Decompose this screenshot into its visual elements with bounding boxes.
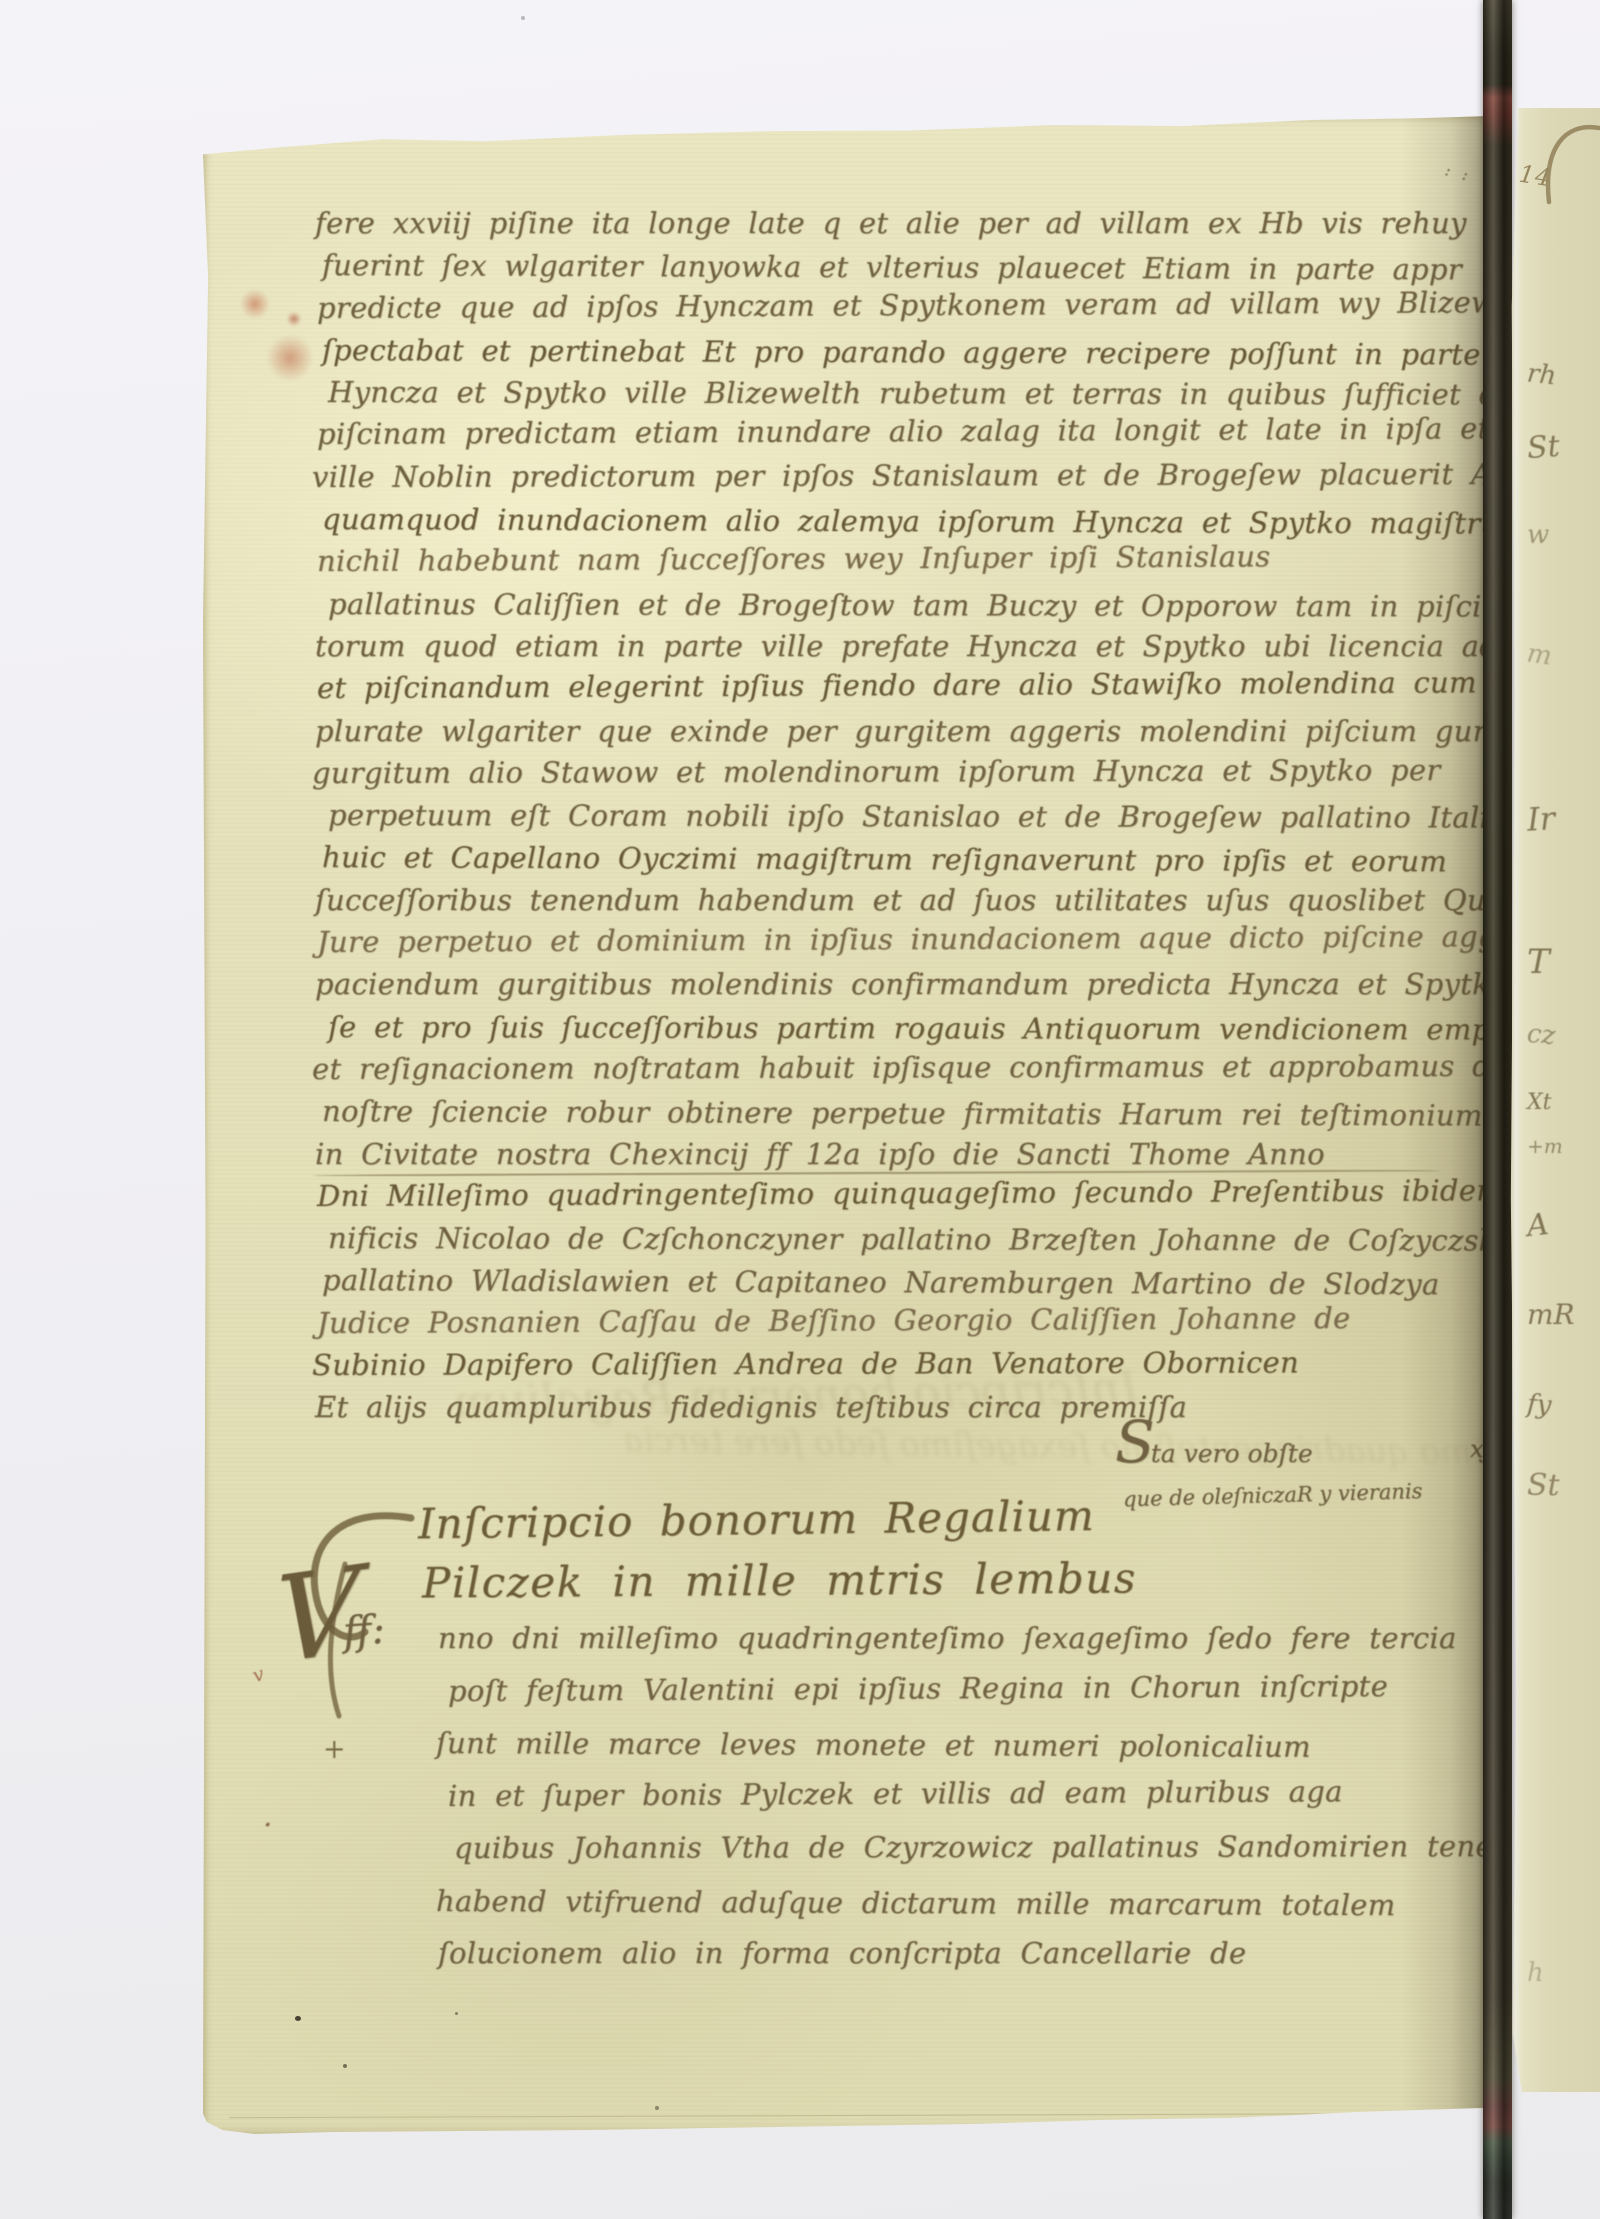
marginalia-fragment: A [1525, 1207, 1550, 1244]
heading-line: Pilczek in mille mtris lembus [422, 1549, 1137, 1612]
text-line: torum quod etiam in parte ville prefate … [315, 625, 1475, 667]
marginalia-fragment: T [1527, 942, 1550, 982]
text-line: Judice Posnanien Caſſau de Beſſino Georg… [317, 1296, 1477, 1344]
gutter-dot-marks: : : [1443, 161, 1473, 185]
text-line: Jure perpetuo et dominium in ipſius inun… [317, 915, 1477, 963]
entry-line: ſolucionem alio in forma conſcripta Canc… [438, 1927, 1498, 1980]
marginalia-fragment: fy [1526, 1389, 1552, 1421]
entry-initial-suffix: ff: [341, 1607, 386, 1656]
margin-mark: v [250, 1663, 267, 1687]
text-line: et reſignacionem noſtratam habuit ipſisq… [312, 1045, 1472, 1090]
side-note: Sta vero obſte xj que de oleſniczaR y vi… [1115, 1419, 1505, 1511]
text-line: perpetuum eſt Coram nobili ipſo Stanisla… [328, 794, 1488, 839]
marginalia-fragment: w [1527, 520, 1549, 550]
text-line: ſucceſſoribus tenendum habendum et ad ſu… [315, 879, 1475, 921]
text-line: nificis Nicolao de Czſchonczyner pallati… [328, 1217, 1488, 1262]
text-line: predicte que ad ipſos Hynczam et Spytkon… [317, 281, 1477, 329]
marginalia-fragment: St [1527, 1468, 1560, 1503]
manuscript-page: Inſcripcio bonorum Regalium nno dni mill… [203, 116, 1491, 2136]
entry-line: nno dni milleſimo quadringenteſimo ſexag… [438, 1612, 1498, 1665]
text-line: ſe et pro ſuis ſucceſſoribus partim roga… [328, 1006, 1488, 1051]
marginalia-fragment: rh [1526, 359, 1558, 392]
text-line: plurate wlgariter que exinde per gurgite… [315, 710, 1475, 752]
entry-line: quibus Johannis Vtha de Czyrzowicz palla… [454, 1820, 1514, 1874]
marginalia-fragment: cz [1526, 1019, 1557, 1051]
text-line: piſcinam predictam etiam inundare alio z… [317, 408, 1477, 456]
text-line: paciendum gurgitibus molendinis confirma… [315, 963, 1475, 1005]
side-note-line: que de oleſniczaR y vieranis [1123, 1472, 1506, 1517]
marginalia-fragment: Xt [1527, 1090, 1552, 1115]
entry-text-block: nno dni milleſimo quadringenteſimo ſexag… [438, 1612, 1498, 1980]
text-line: gurgitum alio Stawow et molendinorum ipſ… [312, 749, 1472, 794]
text-line: fere xxviij piſine ita longe late q et a… [315, 202, 1475, 244]
facing-page-edge: 14 rh St w m Ir T cz Xt +m A mR fy St h [1509, 108, 1600, 2092]
margin-mark-plus: + [323, 1734, 346, 1765]
text-line-underlined: in Civitate nostra Chexincij ff 12a ipſo… [315, 1133, 1475, 1175]
marginalia-fragment: Ir [1526, 799, 1556, 838]
main-text-block: fere xxviij piſine ita longe late q et a… [315, 202, 1475, 1429]
text-line: pallatinus Caliſſien et de Brogeſtow tam… [328, 583, 1488, 628]
entry-line: habend vtifruend aduſque dictarum mille … [436, 1874, 1496, 1931]
text-line: et piſcinandum elegerint ipſius fiendo d… [317, 662, 1477, 710]
marginalia-fragment: mR [1527, 1298, 1575, 1331]
marginalia-fragment: h [1527, 1958, 1544, 1988]
side-note-line: Sta vero obſte [1115, 1419, 1505, 1477]
marginalia-fragment: St [1526, 429, 1561, 466]
book-gutter [1483, 0, 1512, 2219]
entry-line: in et ſuper bonis Pylczek et villis ad e… [448, 1764, 1508, 1822]
text-line: nichil habebunt nam ſucceſſores wey Inſu… [317, 535, 1477, 583]
text-line: noſtre ſciencie robur obtinere perpetue … [322, 1090, 1482, 1137]
heading-line: Inſcripcio bonorum Regalium [418, 1484, 1134, 1557]
text-line: ville Noblin predictorum per ipſos Stani… [312, 453, 1472, 498]
scanner-dust-speck [521, 16, 525, 20]
text-line: ſpectabat et pertinebat Et pro parando a… [322, 329, 1482, 376]
text-line: Subinio Dapifero Caliſſien Andrea de Ban… [312, 1341, 1472, 1386]
marginalia-fragment: m [1525, 638, 1554, 671]
text-line: huic et Capellano Oyczimi magiſtrum reſi… [322, 836, 1482, 883]
margin-mark-dot: · [263, 1808, 273, 1843]
marginalia-fragment: +m [1527, 1134, 1563, 1158]
section-heading: Inſcripcio bonorum Regalium Pilczek in m… [418, 1488, 1133, 1610]
text-line: Dni Milleſimo quadringenteſimo quinquage… [317, 1169, 1477, 1217]
facing-page-text-fragments: rh St w m Ir T cz Xt +m A mR fy St h [1525, 108, 1600, 2092]
entry-line: poſt feſtum Valentini epi ipſius Regina … [448, 1659, 1508, 1717]
